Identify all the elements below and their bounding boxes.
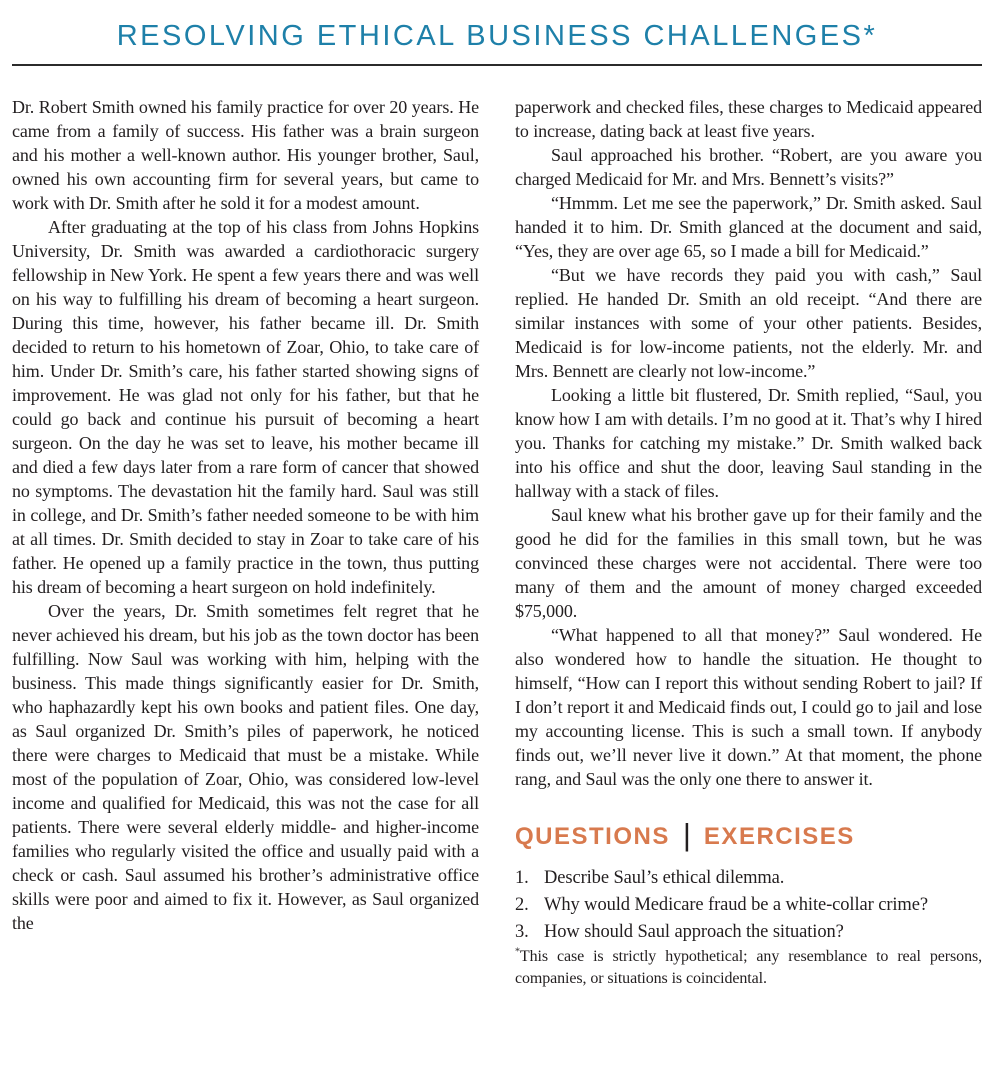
paragraph: “But we have records they paid you with … — [515, 263, 982, 383]
paragraph: Saul approached his brother. “Robert, ar… — [515, 143, 982, 191]
exercises-label: EXERCISES — [704, 825, 855, 849]
article-body: Dr. Robert Smith owned his family practi… — [12, 95, 982, 990]
paragraph: Saul knew what his brother gave up for t… — [515, 503, 982, 623]
title-rule — [12, 64, 982, 66]
question-item: 1. Describe Saul’s ethical dilemma. — [515, 865, 982, 892]
paragraph: Over the years, Dr. Smith sometimes felt… — [12, 599, 479, 935]
question-text: Why would Medicare fraud be a white-coll… — [544, 892, 982, 919]
article-column-right: paperwork and checked files, these charg… — [515, 95, 982, 990]
questions-exercises-heading: QUESTIONS | EXERCISES — [515, 821, 982, 852]
paragraph: “Hmmm. Let me see the paperwork,” Dr. Sm… — [515, 191, 982, 263]
question-text: Describe Saul’s ethical dilemma. — [544, 865, 982, 892]
question-text: How should Saul approach the situation? — [544, 919, 982, 946]
footnote-text: This case is strictly hypothetical; any … — [515, 948, 982, 987]
paragraph: Dr. Robert Smith owned his family practi… — [12, 95, 479, 215]
paragraph: “What happened to all that money?” Saul … — [515, 623, 982, 791]
question-item: 2. Why would Medicare fraud be a white-c… — [515, 892, 982, 919]
paragraph: After graduating at the top of his class… — [12, 215, 479, 599]
question-number: 1. — [515, 865, 544, 892]
article-column-left: Dr. Robert Smith owned his family practi… — [12, 95, 479, 990]
textbook-page: RESOLVING ETHICAL BUSINESS CHALLENGES* D… — [0, 0, 992, 1090]
question-item: 3. How should Saul approach the situatio… — [515, 919, 982, 946]
page-title: RESOLVING ETHICAL BUSINESS CHALLENGES* — [12, 20, 982, 53]
paragraph: Looking a little bit flustered, Dr. Smit… — [515, 383, 982, 503]
question-number: 3. — [515, 919, 544, 946]
question-number: 2. — [515, 892, 544, 919]
questions-list: 1. Describe Saul’s ethical dilemma. 2. W… — [515, 865, 982, 946]
footnote: *This case is strictly hypothetical; any… — [515, 946, 982, 990]
paragraph: paperwork and checked files, these charg… — [515, 95, 982, 143]
questions-label: QUESTIONS — [515, 825, 670, 849]
heading-divider-bar: | — [683, 819, 691, 850]
